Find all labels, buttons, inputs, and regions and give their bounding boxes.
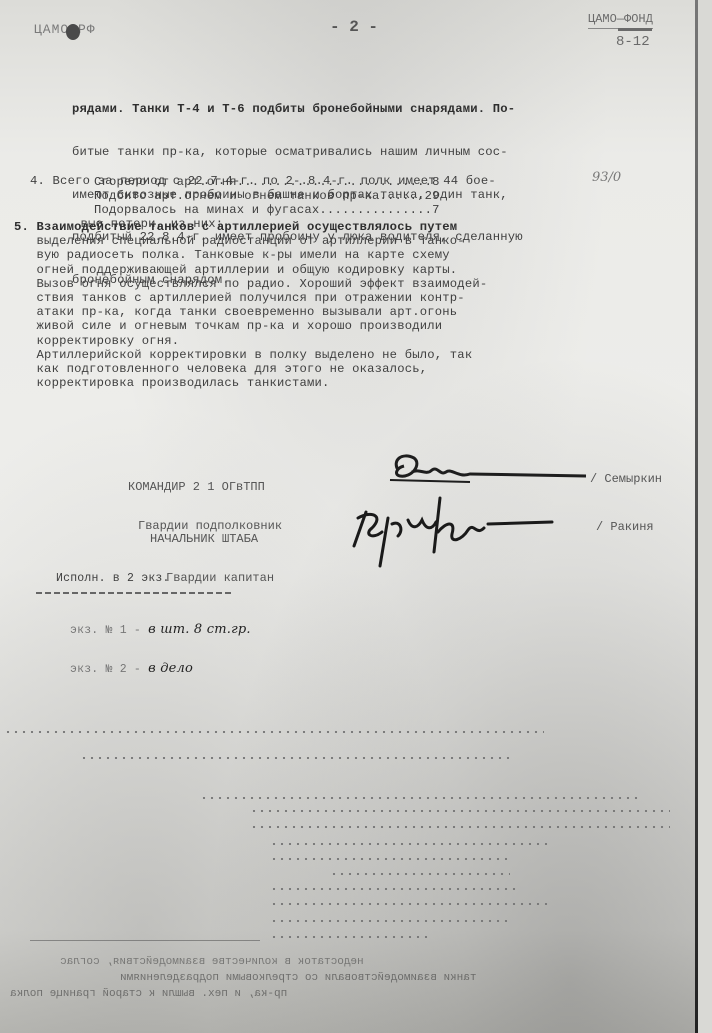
bleed-through-dots xyxy=(270,920,510,922)
scanned-document-page: ЦАМО РФ - 2 - ЦАМО—ФОНД 8-12 рядами. Тан… xyxy=(0,0,712,1033)
bleed-through-text: недостаток в количестве взаимодействия, … xyxy=(60,956,364,968)
copy-line: экз. № 1 - в шт. 8 ст.гр. xyxy=(70,624,251,638)
distribution-copies: экз. № 1 - в шт. 8 ст.гр. экз. № 2 - в д… xyxy=(70,599,251,701)
distribution-rule xyxy=(36,592,232,594)
bleed-through-dots xyxy=(250,826,670,828)
bleed-through-dots xyxy=(270,903,550,905)
copy-line: экз. № 2 - в дело xyxy=(70,663,251,677)
bleed-through-text: танки взаимодействовали со стрелковыми п… xyxy=(120,972,476,984)
bleed-through-dots xyxy=(270,936,430,938)
bleed-through-line xyxy=(30,940,260,941)
bleed-through-dots xyxy=(330,873,510,875)
bleed-through-dots xyxy=(270,843,550,845)
bleed-through-dots xyxy=(4,731,544,733)
distribution-heading: Исполн. в 2 экз. xyxy=(56,572,170,586)
bleed-through-dots xyxy=(200,797,640,799)
bleed-through-dots xyxy=(270,858,510,860)
bleed-through-dots xyxy=(250,810,670,812)
bleed-through-text: пр-ка, и пех. вышли к старой границе пол… xyxy=(10,988,287,1000)
bleed-through-dots xyxy=(270,888,520,890)
bleed-through-dots xyxy=(80,757,510,759)
